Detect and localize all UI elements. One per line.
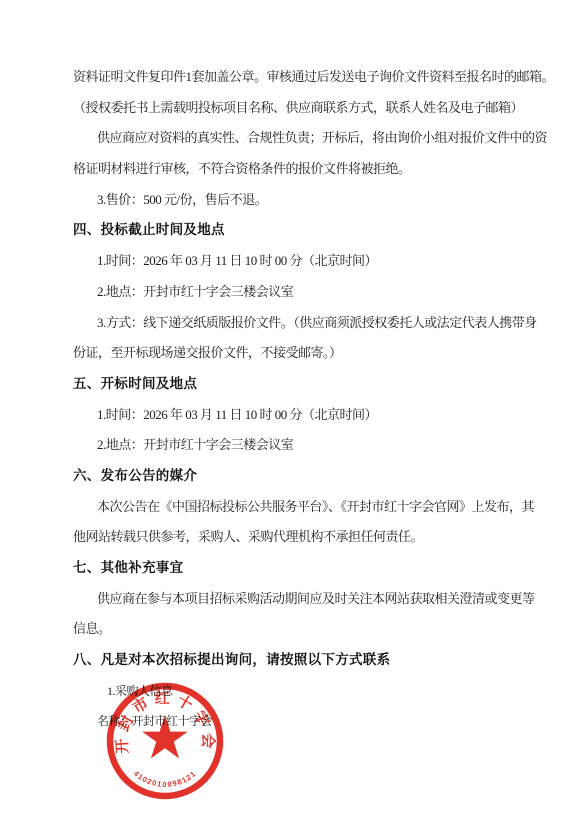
document-line: （授权委托书上需载明投标项目名称、供应商联系方式，联系人姓名及电子邮箱） [73,93,553,124]
document-line: 1.时间：2026 年 03 月 11 日 10 时 00 分（北京时间） [73,246,553,277]
section-heading: 五、开标时间及地点 [73,369,553,400]
section-heading: 六、发布公告的媒介 [73,461,553,492]
document-line: 3.方式：线下递交纸质版报价文件。（供应商须派授权委托人或法定代表人携带身 [73,308,553,339]
section-heading: 七、其他补充事宜 [73,553,553,584]
official-seal-stamp: 开封市红十字会 4102010098121 [100,676,230,806]
document-line: 供应商应对资料的真实性、合规性负责；开标后，将由询价小组对报价文件中的资 [73,123,553,154]
section-heading: 四、投标截止时间及地点 [73,215,553,246]
document-body: 资料证明文件复印件1套加盖公章。审核通过后发送电子询价文件资料至报名时的邮箱。（… [73,62,553,737]
document-line: 2.地点：开封市红十字会三楼会议室 [73,430,553,461]
stamp-serial-number-text: 4102010098121 [132,769,198,789]
document-line: 信息。 [73,614,553,645]
document-line: 供应商在参与本项目招标采购活动期间应及时关注本网站获取相关澄清或变更等 [73,584,553,615]
stamp-star [142,715,188,758]
document-page: 资料证明文件复印件1套加盖公章。审核通过后发送电子询价文件资料至报名时的邮箱。（… [0,0,582,828]
document-line: 资料证明文件复印件1套加盖公章。审核通过后发送电子询价文件资料至报名时的邮箱。 [73,62,553,93]
document-line: 份证，至开标现场递交报价文件，不接受邮寄。） [73,338,553,369]
document-line: 3.售价：500 元/份，售后不退。 [73,185,553,216]
section-heading: 八、凡是对本次招标提出询问，请按照以下方式联系 [73,645,553,676]
document-line: 2.地点：开封市红十字会三楼会议室 [73,277,553,308]
document-line: 格证明材料进行审核，不符合资格条件的报价文件将被拒绝。 [73,154,553,185]
document-line: 本次公告在《中国招标投标公共服务平台》、《开封市红十字会官网》上发布，其 [73,492,553,523]
document-line: 1.时间：2026 年 03 月 11 日 10 时 00 分（北京时间） [73,400,553,431]
document-line: 他网站转载只供参考，采购人、采购代理机构不承担任何责任。 [73,522,553,553]
